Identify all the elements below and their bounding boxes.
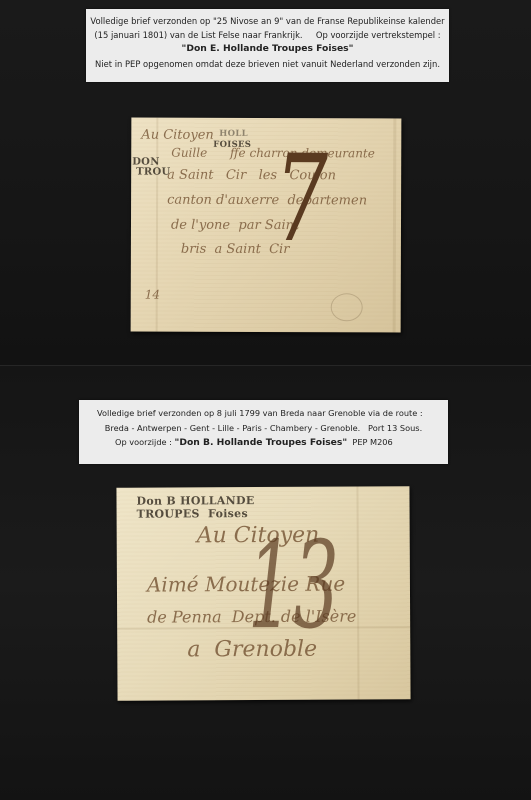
departure-stamp: Don B HOLLANDE TROUPES Foises [136, 495, 254, 520]
manuscript-note: 14 [145, 288, 160, 302]
fold-line [356, 487, 359, 700]
caption-line: Volledige brief verzonden op 8 juli 1799… [79, 406, 448, 421]
catalogue-ref: PEP M206 [347, 437, 393, 447]
postage-rate-mark: 7 [274, 140, 328, 260]
departure-stamp: DON TROU [132, 158, 170, 178]
letter-1-image: DON TROU HOLL FOISES Au Citoyen Guille f… [131, 118, 402, 333]
caption-stamp-name: "Don B. Hollande Troupes Foises" [175, 437, 348, 448]
letter-2-image: Don B HOLLANDE TROUPES Foises Au Citoyen… [116, 486, 410, 701]
faint-postmark [331, 293, 363, 321]
address-line: Au Citoyen [141, 128, 214, 143]
caption-line: Volledige brief verzonden op "25 Nivose … [86, 14, 449, 28]
address-line: bris a Saint Cir [181, 242, 290, 257]
fold-line [393, 118, 397, 332]
caption-line: (15 januari 1801) van de List Felse naar… [86, 28, 449, 42]
caption-line: Niet in PEP opgenomen omdat deze brieven… [86, 57, 449, 71]
caption-letter-1: Volledige brief verzonden op "25 Nivose … [86, 9, 449, 82]
address-line: canton d'auxerre departemen [167, 193, 367, 209]
caption-line: Op voorzijde : "Don B. Hollande Troupes … [79, 435, 448, 451]
postage-rate-mark: 13 [247, 527, 339, 647]
caption-stamp-name: "Don E. Hollande Troupes Foises" [86, 42, 449, 56]
caption-letter-2: Volledige brief verzonden op 8 juli 1799… [79, 400, 448, 464]
address-line: Guille ffe charron demeurante [171, 146, 375, 161]
caption-line: Breda - Antwerpen - Gent - Lille - Paris… [79, 421, 448, 436]
